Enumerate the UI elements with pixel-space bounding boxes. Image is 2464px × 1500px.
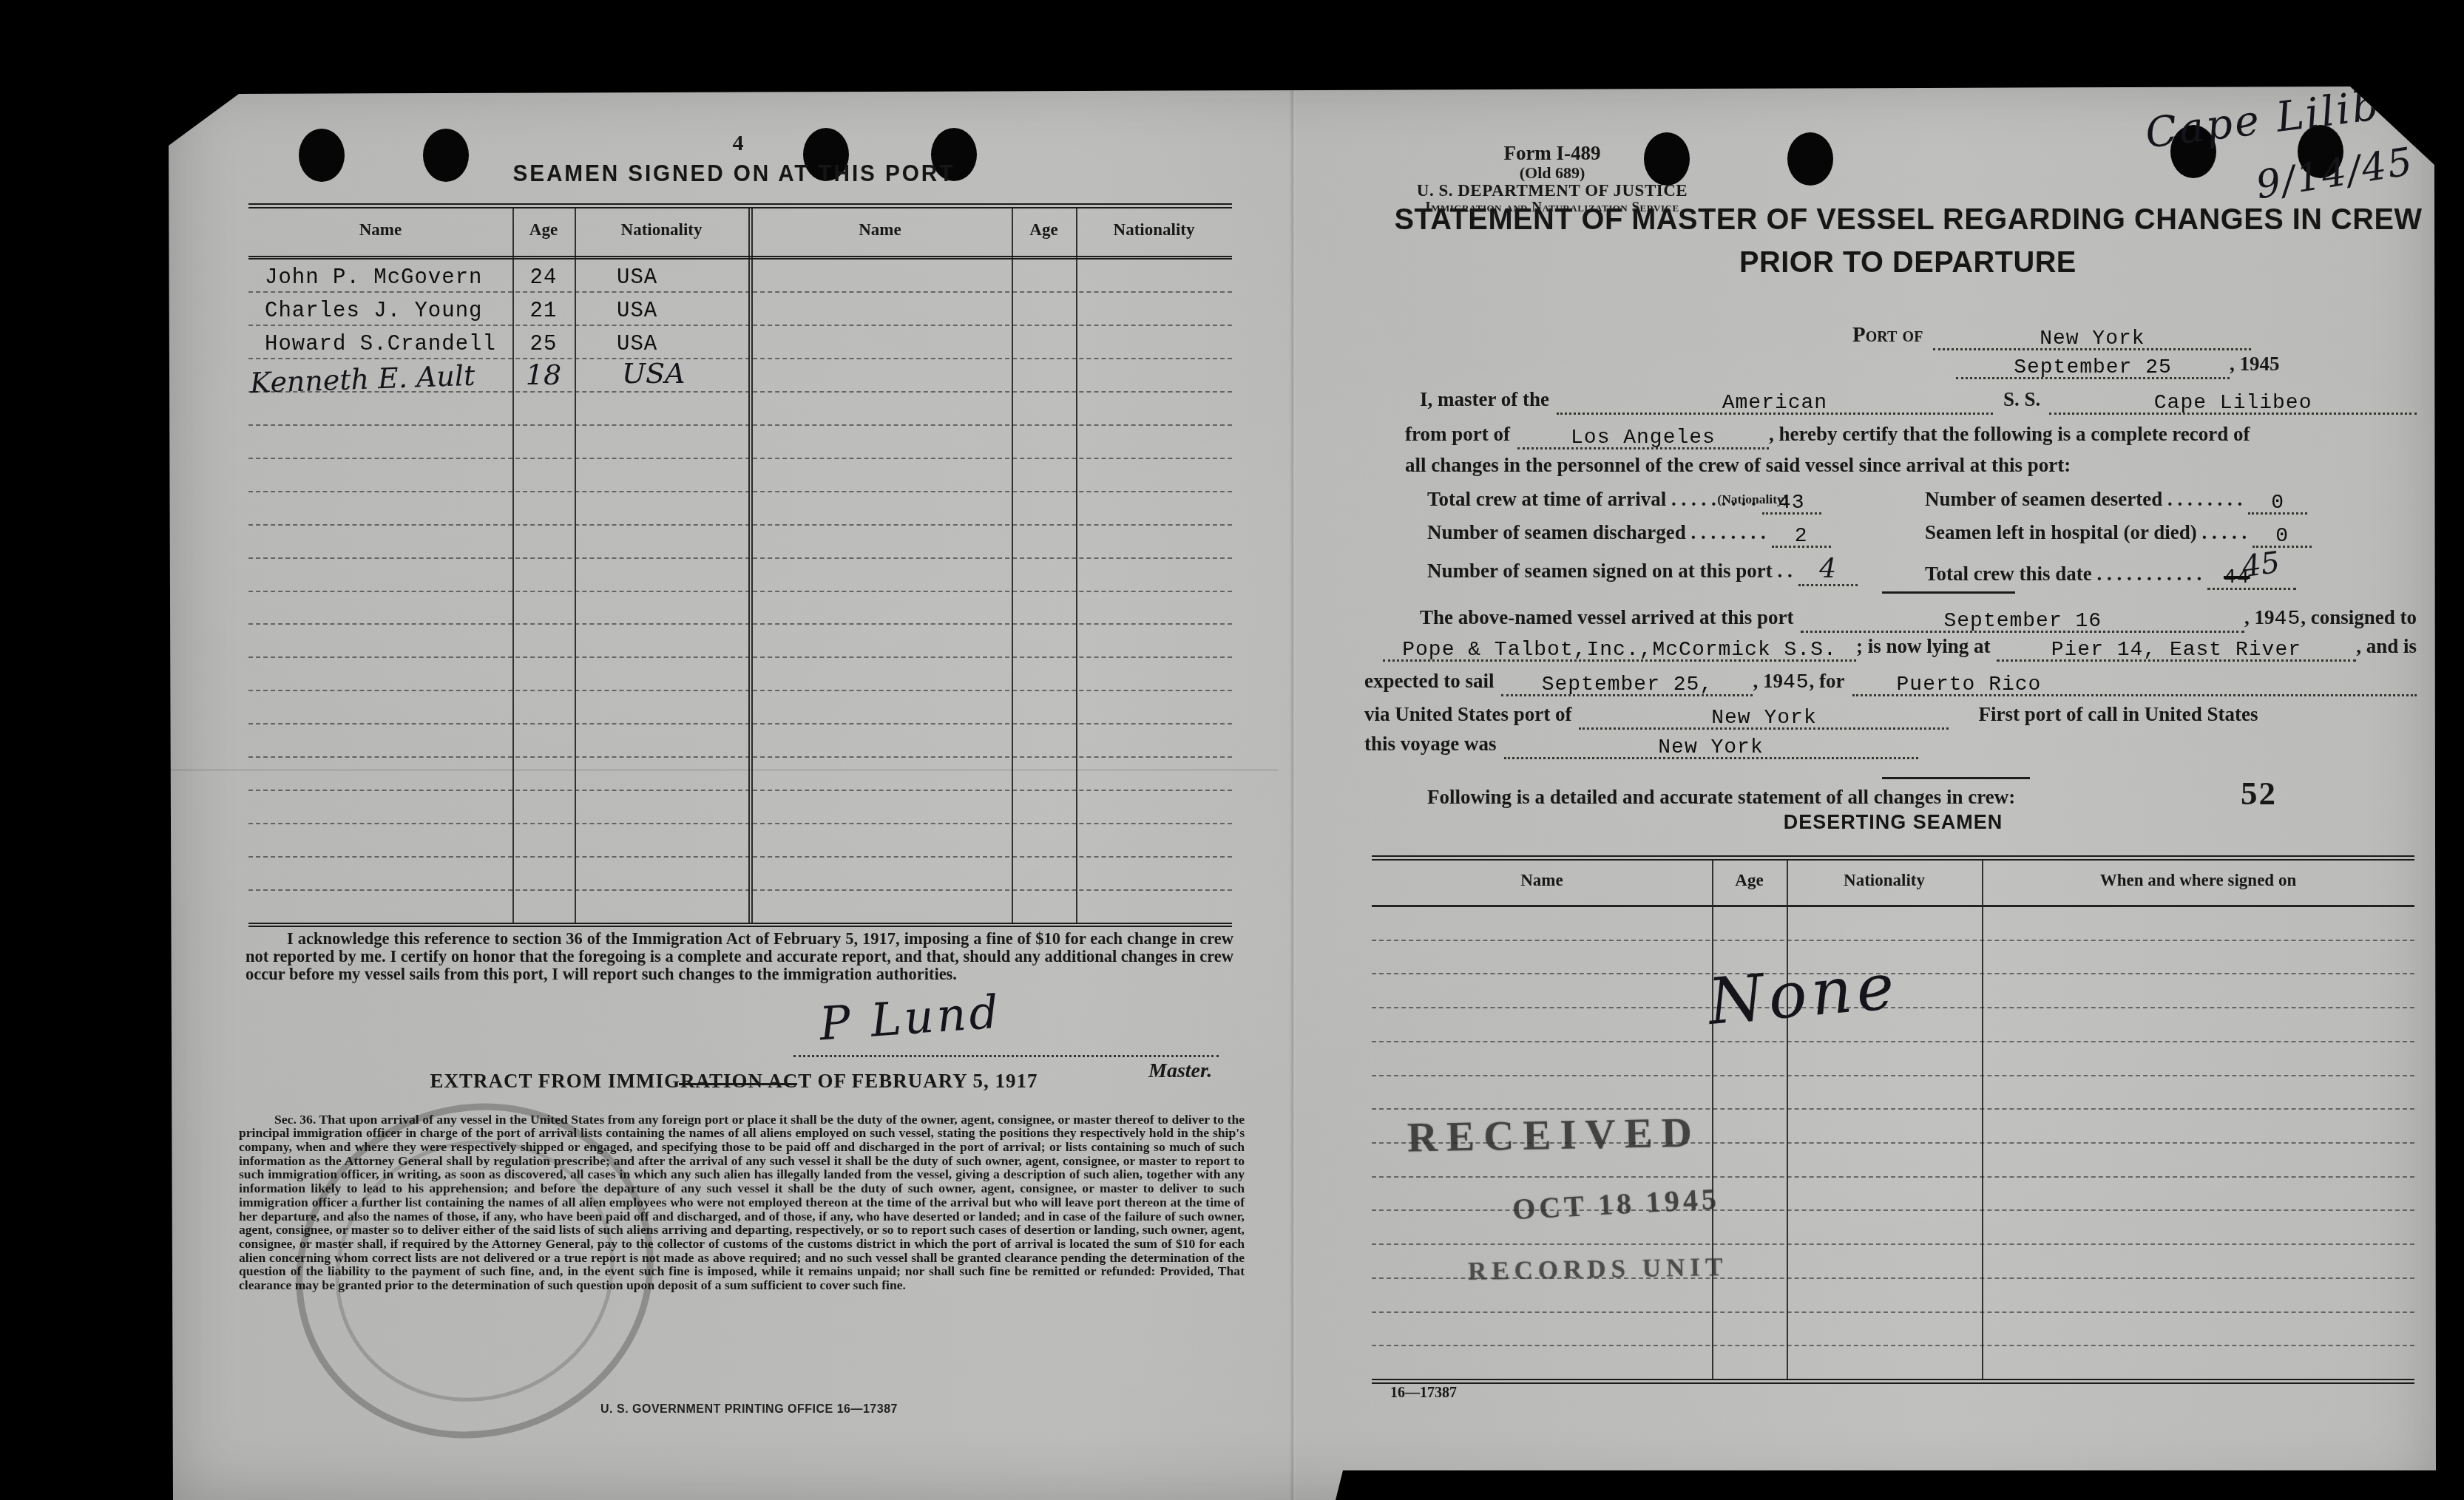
table-row: John P. McGovern 24 USA xyxy=(248,259,1232,293)
deserted-label: Number of seamen deserted . . . . . . . … xyxy=(1925,488,2242,511)
seaman-nationality: USA xyxy=(617,332,657,356)
date-line: September 25 , 1945 xyxy=(1956,353,2280,379)
sail-year-prefix: , 19 xyxy=(1753,670,1783,693)
consigned-label: , consigned to xyxy=(2301,606,2417,629)
seaman-age: 24 xyxy=(512,265,575,290)
col-header-nationality: Nationality xyxy=(575,220,748,240)
received-stamp: RECEIVED xyxy=(1407,1109,1701,1162)
empty-table-row xyxy=(248,858,1232,891)
signature-line xyxy=(793,1055,1219,1057)
col-header-nationality: Nationality xyxy=(1076,220,1232,240)
deserting-seamen-title: DESERTING SEAMEN xyxy=(1372,811,2414,834)
col-header-when-where: When and where signed on xyxy=(1982,871,2414,890)
page-stamp-number: 52 xyxy=(2241,774,2277,812)
table-header-row: Name Age Nationality Name Age Nationalit… xyxy=(248,208,1232,259)
empty-table-row xyxy=(248,724,1232,758)
col-header-age: Age xyxy=(1012,220,1076,240)
form-title-line2: PRIOR TO DEPARTURE xyxy=(1375,245,2440,279)
from-port-label: from port of xyxy=(1405,423,1510,446)
col-header-name: Name xyxy=(748,220,1012,240)
seaman-age: 18 xyxy=(512,359,575,391)
via-line: via United States port of New York First… xyxy=(1364,703,2417,730)
empty-table-row xyxy=(1372,1076,2414,1110)
sail-for-label: , for xyxy=(1810,670,1845,693)
arrival-value-field: 43 xyxy=(1762,489,1821,515)
printing-office-footer: U. S. GOVERNMENT PRINTING OFFICE 16—1738… xyxy=(257,1403,1241,1416)
divider xyxy=(1882,591,2015,594)
nationality-field: American xyxy=(1557,390,1993,415)
table-row: Charles J. Young 21 USA xyxy=(248,293,1232,326)
empty-table-row xyxy=(248,592,1232,625)
col-header-age: Age xyxy=(1712,871,1787,890)
table-header-row: Name Age Nationality When and where sign… xyxy=(1372,861,2414,907)
voyage-field: New York xyxy=(1504,734,1918,759)
master-line: I, master of the American S. S. Cape Lil… xyxy=(1420,388,2417,415)
paper-sheet: 4 SEAMEN SIGNED ON AT THIS PORT Name Age… xyxy=(169,78,2439,1500)
form-number: Form I-489 xyxy=(1385,143,1719,164)
total-crew-value-field: 44 45 xyxy=(2207,554,2296,590)
empty-table-row xyxy=(248,459,1232,492)
deserted-value-field: 0 xyxy=(2248,489,2307,515)
page-number: 4 xyxy=(686,131,790,156)
seaman-age: 25 xyxy=(512,332,575,356)
via-label: via United States port of xyxy=(1364,703,1571,726)
seamen-signed-on-table: Name Age Nationality Name Age Nationalit… xyxy=(248,203,1232,927)
certify-text2: all changes in the personnel of the crew… xyxy=(1405,454,2071,477)
date-suffix: , 1945 xyxy=(2230,353,2280,376)
left-page: 4 SEAMEN SIGNED ON AT THIS PORT Name Age… xyxy=(169,78,1299,1500)
empty-table-row xyxy=(248,625,1232,658)
col-header-name: Name xyxy=(248,220,512,240)
scanned-document: 4 SEAMEN SIGNED ON AT THIS PORT Name Age… xyxy=(0,0,2464,1500)
empty-table-row xyxy=(248,691,1232,724)
signed-on-label: Number of seamen signed on at this port … xyxy=(1427,560,1793,583)
sail-date-field: September 25, xyxy=(1501,671,1753,696)
empty-table-row xyxy=(248,393,1232,426)
master-signature: P Lund xyxy=(818,985,1003,1051)
seaman-name: Charles J. Young xyxy=(265,299,482,323)
seaman-age: 21 xyxy=(512,299,575,323)
certify-text: , hereby certify that the following is a… xyxy=(1769,423,2250,446)
seaman-nationality: USA xyxy=(622,357,686,390)
lying-label: ; is now lying at xyxy=(1856,635,1991,658)
arrived-line: The above-named vessel arrived at this p… xyxy=(1420,606,2417,633)
col-header-nationality: Nationality xyxy=(1787,871,1982,890)
hospital-label: Seamen left in hospital (or died) . . . … xyxy=(1925,521,2247,544)
date-field: September 25 xyxy=(1956,354,2230,379)
signed-on-value-field: 4 xyxy=(1798,554,1858,586)
total-crew-corrected-value: 45 xyxy=(2240,546,2282,585)
empty-table-row xyxy=(248,658,1232,691)
form-title-line1: STATEMENT OF MASTER OF VESSEL REGARDING … xyxy=(1375,202,2440,237)
destination-field: Puerto Rico xyxy=(1852,671,2417,696)
sail-line: expected to sail September 25, , 19 45 ,… xyxy=(1364,670,2417,696)
lying-suffix: , and is xyxy=(2356,635,2417,658)
seaman-nationality: USA xyxy=(617,299,657,323)
port-line: Port of New York xyxy=(1852,323,2251,350)
empty-table-row xyxy=(248,559,1232,592)
empty-table-row xyxy=(248,791,1232,824)
seaman-name: Howard S.Crandell xyxy=(265,332,496,356)
arrival-label: Total crew at time of arrival . . . . . … xyxy=(1427,488,1756,511)
master-label: I, master of the xyxy=(1420,388,1549,411)
extract-heading: EXTRACT FROM IMMIGRATION ACT OF FEBRUARY… xyxy=(169,1070,1299,1093)
arrived-label: The above-named vessel arrived at this p… xyxy=(1420,606,1793,629)
consignee-field: Pope & Talbot,Inc.,McCormick S.S. xyxy=(1383,637,1856,662)
acknowledgment-paragraph: I acknowledge this reference to section … xyxy=(246,930,1233,983)
col-header-name: Name xyxy=(1372,871,1712,890)
discharged-label: Number of seamen discharged . . . . . . … xyxy=(1427,521,1766,544)
port-field: New York xyxy=(1933,325,2251,350)
discharged-value-field: 2 xyxy=(1772,523,1831,548)
from-port-line: from port of Los Angeles , hereby certif… xyxy=(1405,423,2250,449)
col-header-age: Age xyxy=(512,220,575,240)
hospital-value-field: 0 xyxy=(2253,523,2312,548)
year-suffix: 45 xyxy=(2275,608,2301,631)
arrived-date-field: September 16 xyxy=(1801,608,2244,633)
empty-table-row xyxy=(248,526,1232,559)
consignee-line: Pope & Talbot,Inc.,McCormick S.S. ; is n… xyxy=(1383,635,2417,662)
form-footer-number: 16—17387 xyxy=(1390,1385,1457,1402)
ss-label: S. S. xyxy=(2003,388,2040,411)
via-field: New York xyxy=(1579,705,1949,730)
port-label: Port of xyxy=(1852,323,1923,347)
total-crew-label: Total crew this date . . . . . . . . . .… xyxy=(1925,563,2201,586)
records-unit-stamp: RECORDS UNIT xyxy=(1468,1252,1728,1286)
seaman-name: John P. McGovern xyxy=(265,265,482,290)
empty-table-row xyxy=(248,891,1232,923)
from-port-field: Los Angeles xyxy=(1517,424,1769,449)
following-text: Following is a detailed and accurate sta… xyxy=(1427,786,2015,809)
empty-table-row xyxy=(248,824,1232,858)
divider xyxy=(1882,777,2030,779)
punch-hole-icon xyxy=(1787,132,1833,186)
year-prefix: , 19 xyxy=(2244,606,2275,629)
left-page-title: SEAMEN SIGNED ON AT THIS PORT xyxy=(169,160,1299,187)
empty-table-row xyxy=(248,758,1232,791)
vessel-field: Cape Lilibeo xyxy=(2049,390,2417,415)
lying-field: Pier 14, East River xyxy=(1997,637,2357,662)
empty-table-row xyxy=(248,492,1232,526)
table-body: John P. McGovern 24 USA Charles J. Young… xyxy=(248,259,1232,923)
seaman-nationality: USA xyxy=(617,265,657,290)
agency-name: U. S. DEPARTMENT OF JUSTICE xyxy=(1385,182,1719,200)
empty-table-row xyxy=(1372,1346,2414,1379)
table-row: Howard S.Crandell 25 USA xyxy=(248,326,1232,359)
sail-label: expected to sail xyxy=(1364,670,1494,693)
voyage-label: this voyage was xyxy=(1364,733,1497,756)
form-number-old: (Old 689) xyxy=(1385,164,1719,182)
right-page: Form I-489 (Old 689) U. S. DEPARTMENT OF… xyxy=(1364,78,2439,1500)
sail-year: 45 xyxy=(1783,671,1810,694)
empty-table-row xyxy=(1372,1313,2414,1347)
first-port-label: First port of call in United States xyxy=(1978,703,2258,726)
voyage-line: this voyage was New York xyxy=(1364,733,1918,759)
empty-table-row xyxy=(1372,1042,2414,1076)
empty-table-row xyxy=(248,426,1232,459)
empty-table-row xyxy=(1372,907,2414,941)
table-row-handwritten: Kenneth E. Ault 18 USA xyxy=(248,359,1232,393)
